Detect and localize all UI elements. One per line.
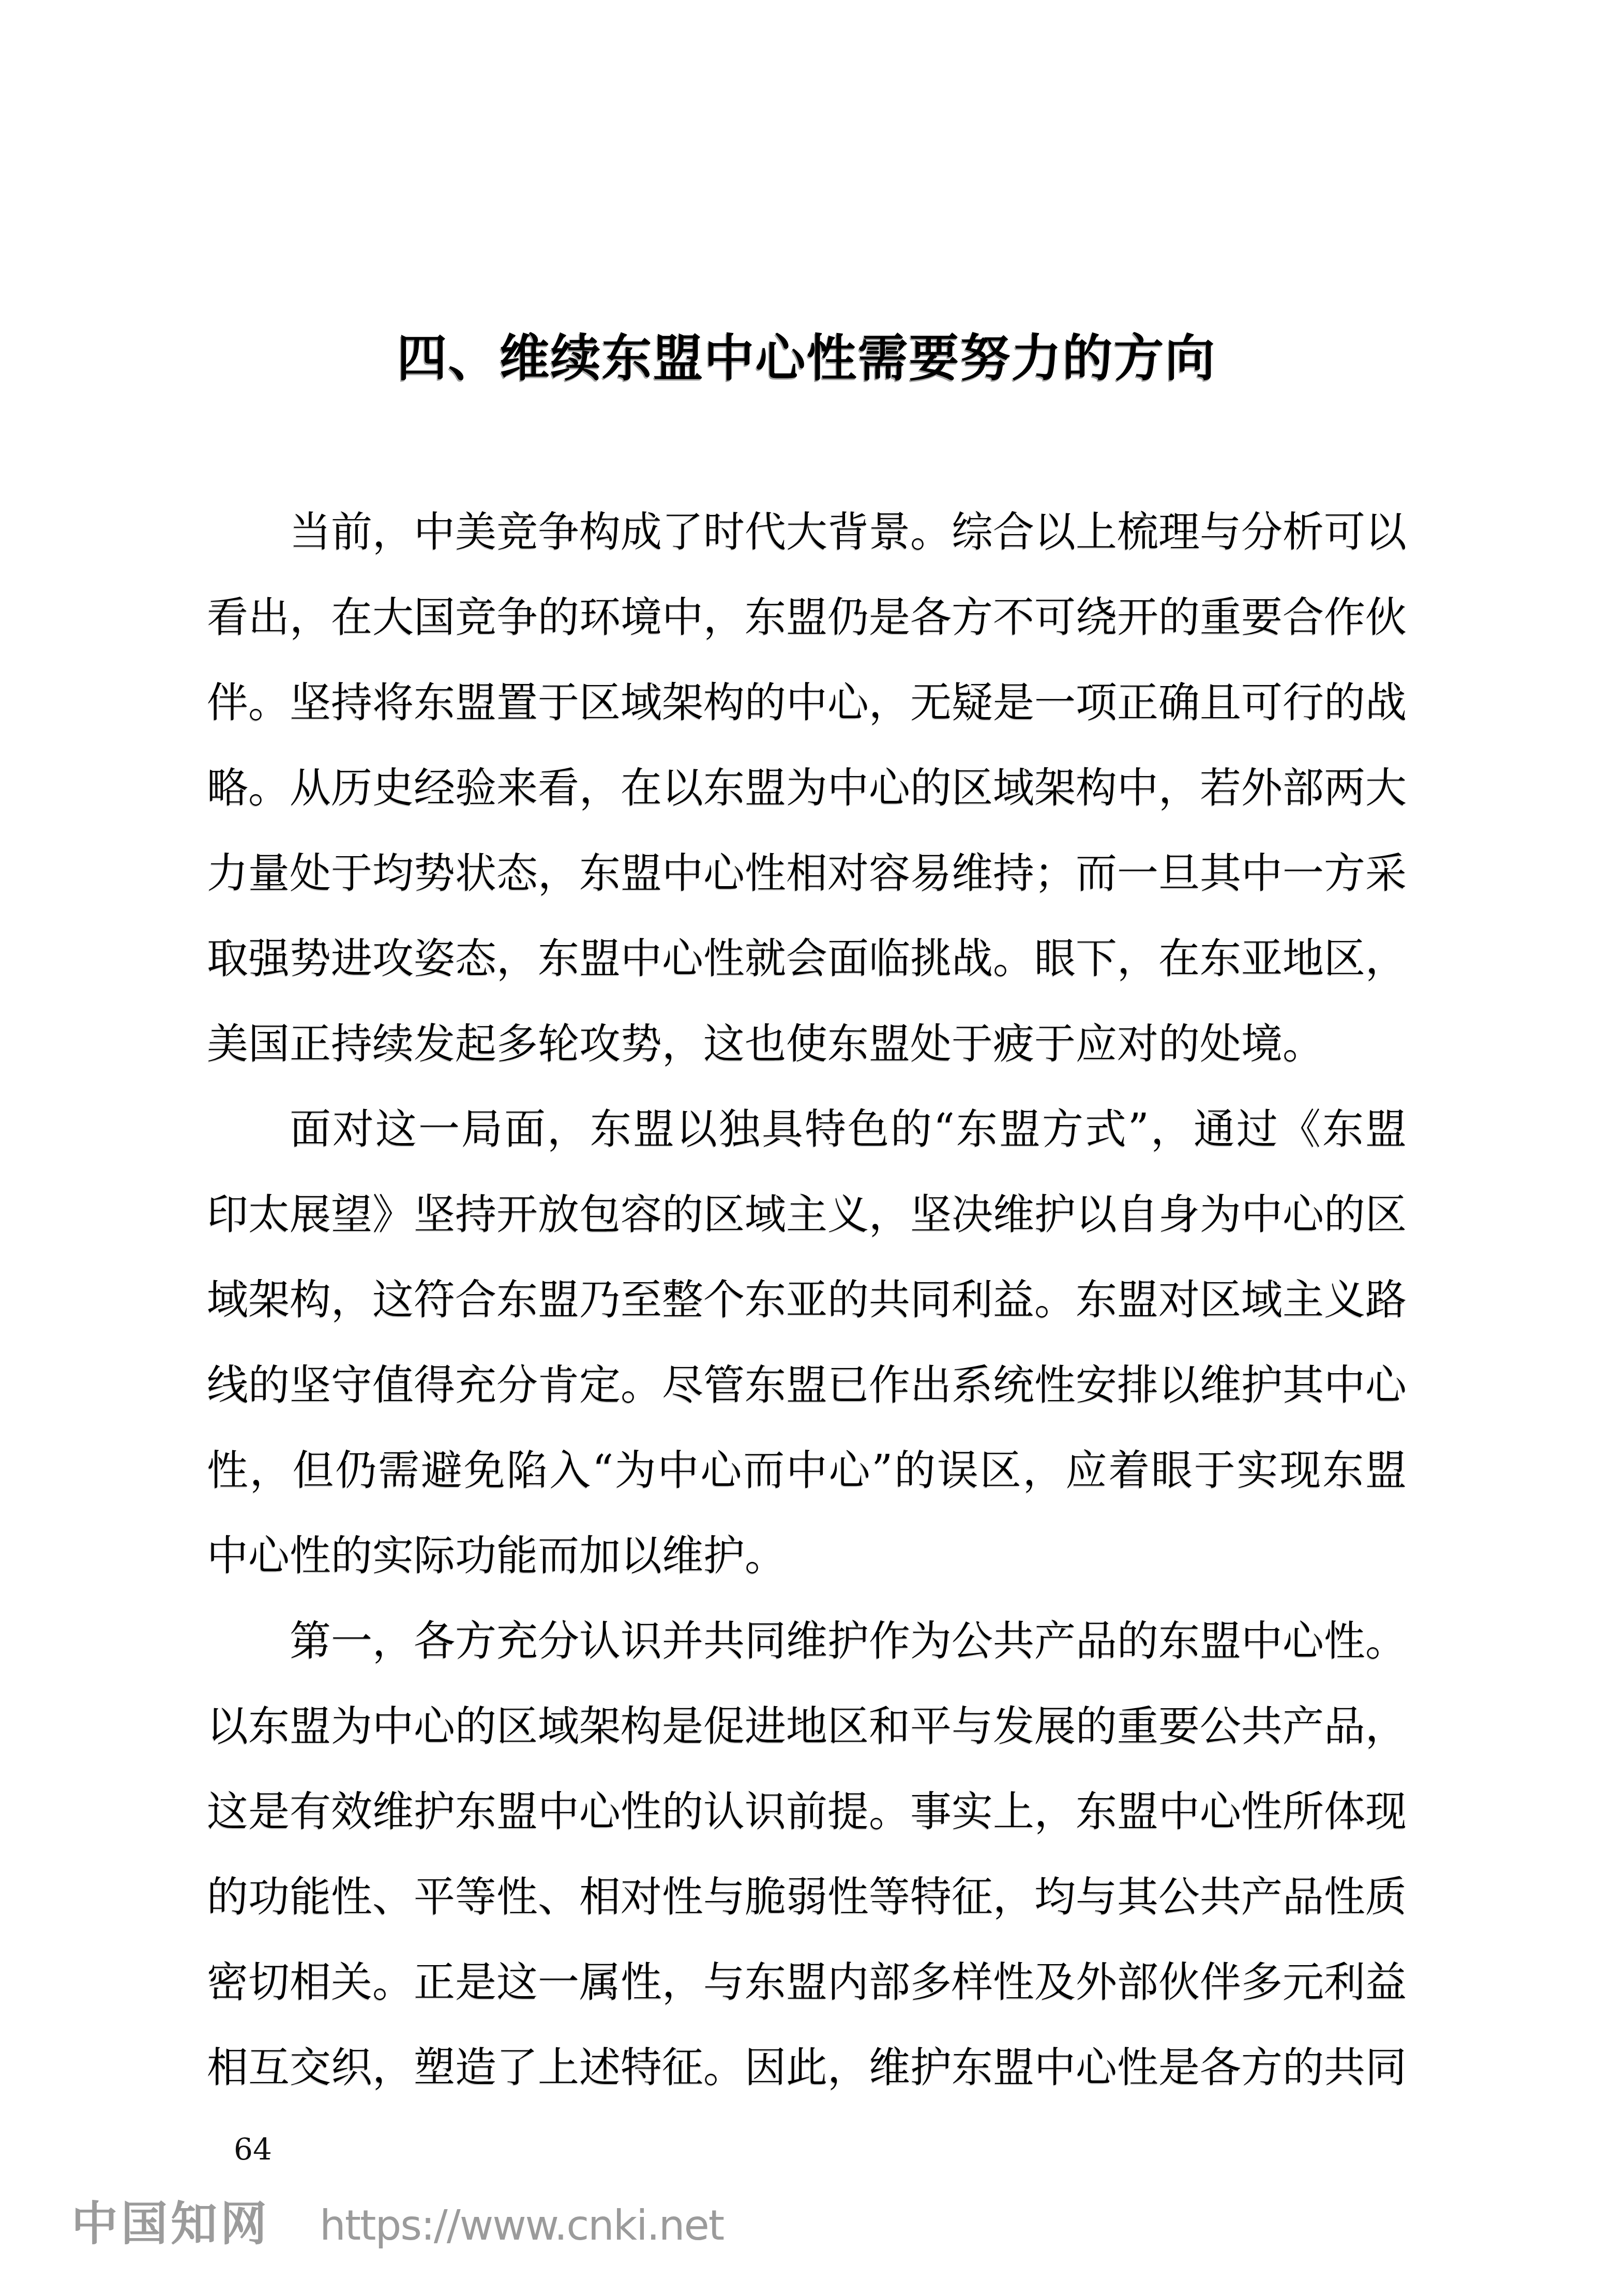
cnki-brand-logo-text: 中国知网 [71,2197,270,2251]
paragraph-1: 当前，中美竞争构成了时代大背景。综合以上梳理与分析可以看出，在大国竞争的环境中，… [207,489,1407,1086]
section-title: 四、维续东盟中心性需要努力的方向 [0,326,1613,391]
paragraph-3: 第一，各方充分认识并共同维护作为公共产品的东盟中心性。以东盟为中心的区域架构是促… [207,1598,1407,2110]
cnki-url-text: https://www.cnki.net [320,2201,723,2249]
body-text: 当前，中美竞争构成了时代大背景。综合以上梳理与分析可以看出，在大国竞争的环境中，… [207,489,1407,2110]
cnki-watermark: 中国知网https://www.cnki.net [71,2186,723,2253]
document-page: 四、维续东盟中心性需要努力的方向 当前，中美竞争构成了时代大背景。综合以上梳理与… [0,0,1613,2296]
paragraph-2: 面对这一局面，东盟以独具特色的“东盟方式”，通过《东盟印太展望》坚持开放包容的区… [207,1086,1407,1598]
page-number: 64 [234,2133,272,2166]
